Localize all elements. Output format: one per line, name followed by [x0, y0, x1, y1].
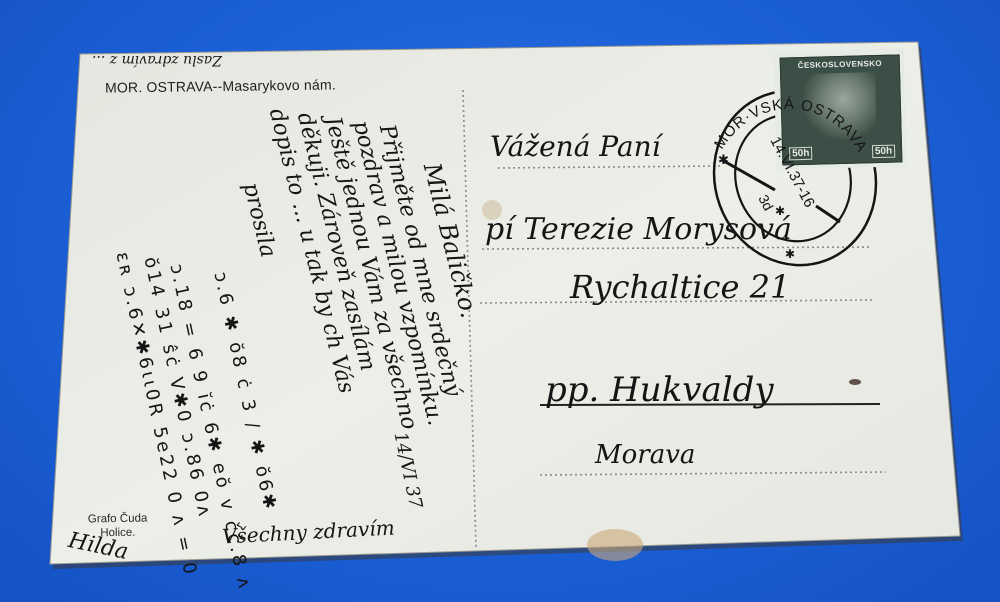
postmark-place: MOR·VSKÁ OSTRAVA [711, 96, 871, 156]
address-post-office: pp. Hukvaldy [545, 370, 774, 410]
address-region: Morava [595, 440, 695, 470]
address-street: Rychaltice 21 [570, 268, 790, 306]
address-recipient: pí Terezie Morysová [485, 212, 792, 247]
svg-text:MOR·VSKÁ OSTRAVA: MOR·VSKÁ OSTRAVA [711, 96, 871, 156]
address-salutation: Vážená Paní [490, 130, 661, 163]
postmark-code: 3d [755, 192, 776, 213]
